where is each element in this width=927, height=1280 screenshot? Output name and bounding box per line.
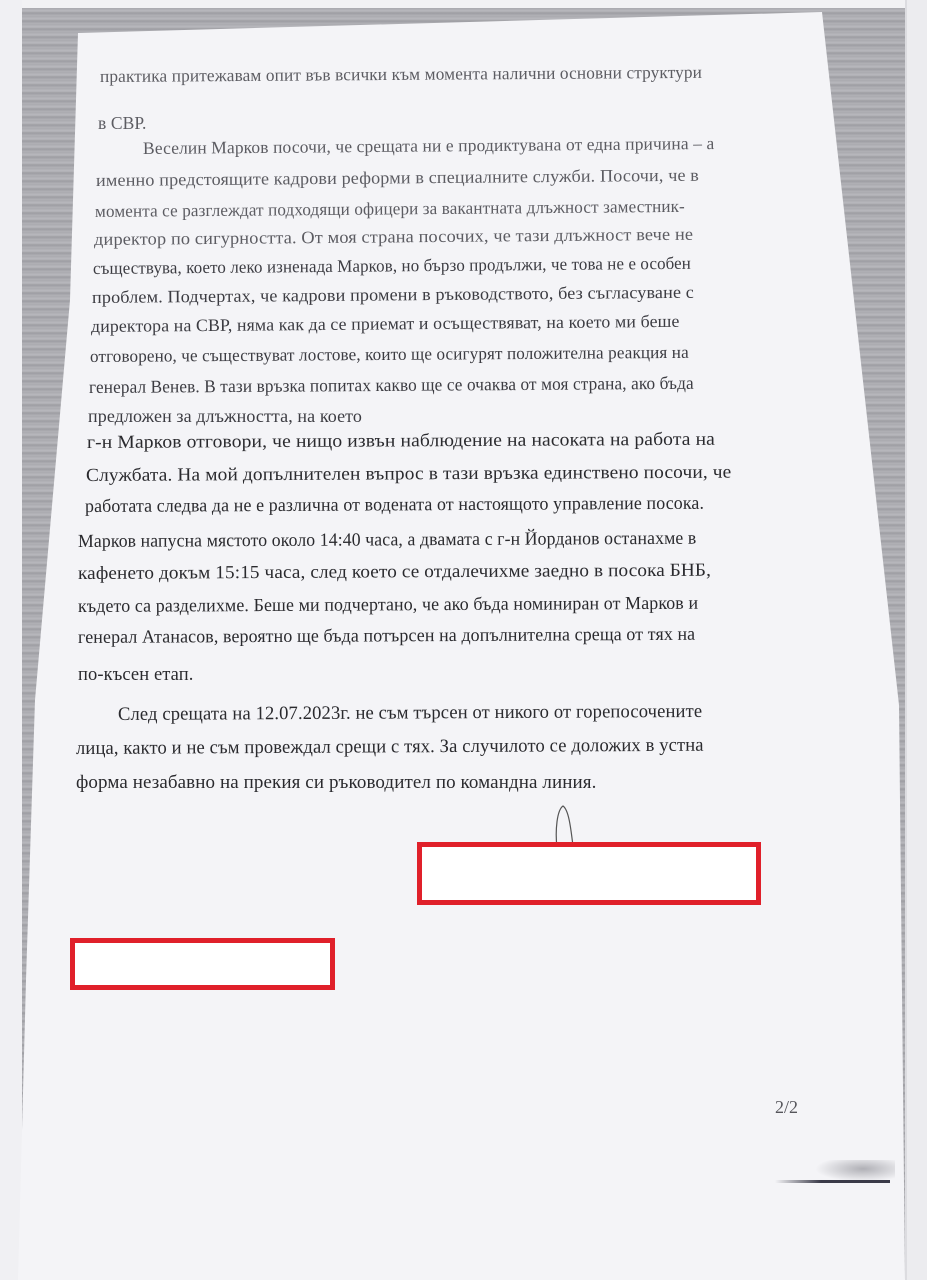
text-line: генерал Атанасов, вероятно ще бъда потър… [78, 625, 695, 649]
scan-right-margin [907, 0, 927, 1280]
text-line: по-късен етап. [78, 665, 193, 686]
text-line: форма незабавно на прекия си ръководител… [76, 772, 596, 794]
page-number: 2/2 [775, 1097, 798, 1118]
text-line: лица, както и не съм провеждал срещи с т… [76, 735, 704, 760]
text-line: кафенето докъм 15:15 часа, след което се… [78, 561, 711, 585]
scan-smudge [815, 1160, 895, 1182]
scan-left-margin [0, 0, 22, 1280]
scan-top-margin [0, 0, 927, 8]
text-line: предложен за длъжността, на което [88, 406, 362, 427]
text-line: г-н Марков отговори, че нищо извън наблю… [87, 430, 715, 454]
text-line: Марков напусна мястото около 14:40 часа,… [78, 529, 697, 553]
text-line: Службата. На мой допълнителен въпрос в т… [86, 463, 731, 487]
text-line: работата следва да не е различна от воде… [85, 494, 704, 518]
scan-edge-line [775, 1180, 890, 1183]
text-line: в СВР. [98, 113, 147, 134]
page-edge [905, 0, 907, 1280]
text-line: отговорено, че съществуват лостове, коит… [90, 342, 689, 367]
text-line: генерал Венев. В тази връзка попитах как… [89, 373, 694, 398]
redaction-box-signature [417, 842, 761, 905]
redaction-box-name [70, 938, 335, 990]
text-line: След срещата на 12.07.2023г. не съм търс… [118, 701, 702, 726]
text-line: практика притежавам опит във всички към … [100, 62, 702, 87]
text-line: където са разделихме. Беше ми подчертано… [78, 594, 698, 618]
